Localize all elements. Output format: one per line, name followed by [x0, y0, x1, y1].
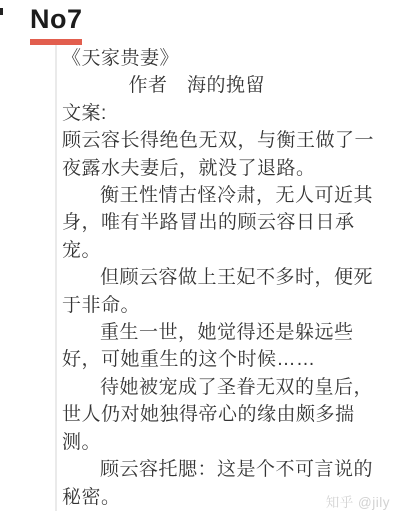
- synopsis-line: 于非命。: [62, 292, 395, 319]
- synopsis-line: 文案:: [62, 100, 395, 127]
- synopsis-line: 好，可她重生的这个时候……: [62, 346, 395, 373]
- synopsis-quote-block: 《天家贵妻》作者 海的挽留文案:顾云容长得绝色无双，与衡王做了一夜露水夫妻后，就…: [55, 45, 395, 511]
- synopsis-line: 测。: [62, 429, 395, 456]
- synopsis-line: 《天家贵妻》: [62, 45, 395, 72]
- synopsis-line: 顾云容长得绝色无双，与衡王做了一: [62, 127, 395, 154]
- synopsis-line: 衡王性情古怪冷肃，无人可近其: [62, 182, 395, 209]
- synopsis-line: 但顾云容做上王妃不多时，便死: [62, 264, 395, 291]
- synopsis-line: 夜露水夫妻后，就没了退路。: [62, 155, 395, 182]
- synopsis-line: 重生一世，她觉得还是躲远些: [62, 319, 395, 346]
- synopsis-line: 身，唯有半路冒出的顾云容日日承: [62, 209, 395, 236]
- synopsis-line: 宠。: [62, 237, 395, 264]
- synopsis-line: 待她被宠成了圣眷无双的皇后，: [62, 374, 395, 401]
- article-page: No7 《天家贵妻》作者 海的挽留文案:顾云容长得绝色无双，与衡王做了一夜露水夫…: [0, 0, 400, 518]
- synopsis-line: 顾云容托腮：这是个不可言说的: [62, 456, 395, 483]
- synopsis-line: 作者 海的挽留: [62, 72, 395, 99]
- page-title: No7: [30, 4, 83, 35]
- zhihu-watermark: 知乎 @jily: [326, 491, 390, 511]
- synopsis-line: 世人仍对她独得帝心的缘由颇多揣: [62, 401, 395, 428]
- left-edge-mark: [0, 8, 3, 15]
